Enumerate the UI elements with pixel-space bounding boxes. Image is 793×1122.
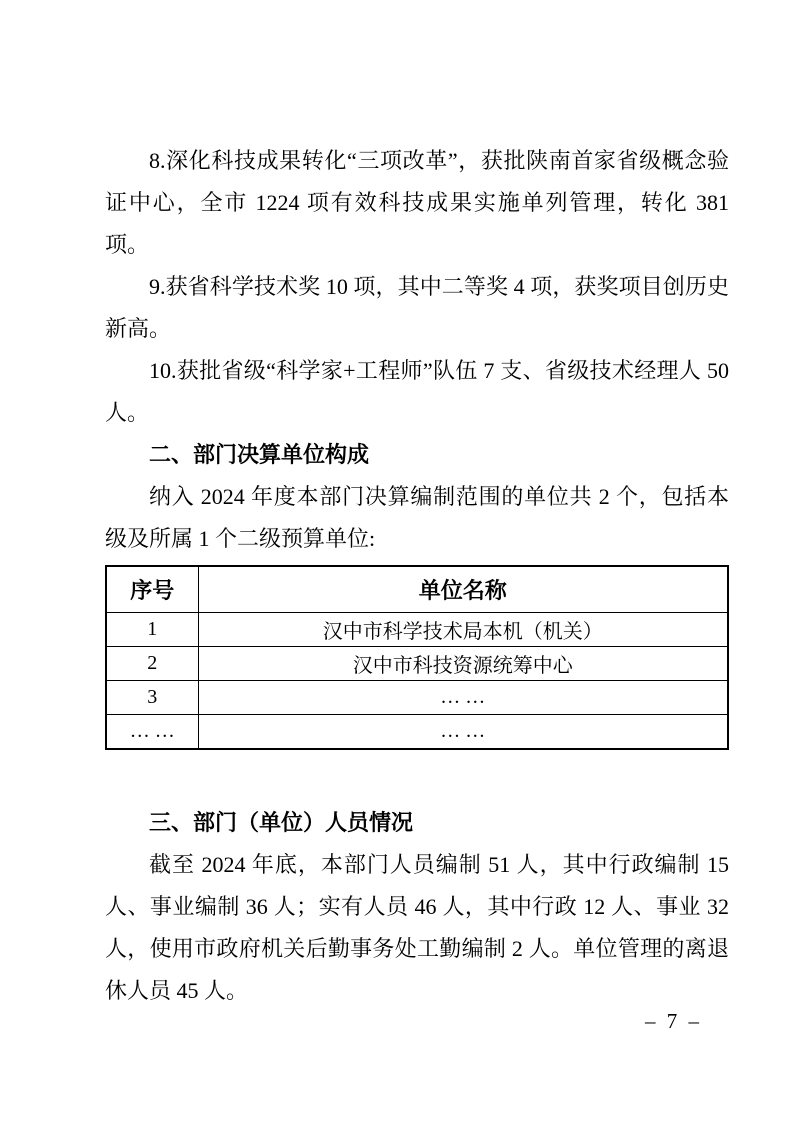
- section-heading-2: 二、部门决算单位构成: [105, 434, 729, 476]
- table-row: 2 汉中市科技资源统筹中心: [106, 647, 728, 681]
- table-cell-index: 3: [106, 681, 198, 715]
- budget-units-table: 序号 单位名称 1 汉中市科学技术局本机（机关） 2 汉中市科技资源统筹中心 3…: [105, 565, 729, 750]
- document-page: 8.深化科技成果转化“三项改革”，获批陕南首家省级概念验证中心，全市 1224 …: [0, 0, 793, 1122]
- table-row: … … … …: [106, 715, 728, 750]
- page-number: – 7 –: [645, 1008, 702, 1034]
- section-heading-3: 三、部门（单位）人员情况: [105, 802, 729, 844]
- table-header-index: 序号: [106, 566, 198, 613]
- table-row: 1 汉中市科学技术局本机（机关）: [106, 613, 728, 647]
- paragraph-item-8: 8.深化科技成果转化“三项改革”，获批陕南首家省级概念验证中心，全市 1224 …: [105, 140, 729, 266]
- table-cell-unit-name: 汉中市科学技术局本机（机关）: [198, 613, 728, 647]
- section2-intro-paragraph: 纳入 2024 年度本部门决算编制范围的单位共 2 个，包括本级及所属 1 个二…: [105, 476, 729, 560]
- paragraph-item-9: 9.获省科学技术奖 10 项，其中二等奖 4 项，获奖项目创历史新高。: [105, 266, 729, 350]
- section3-body-paragraph: 截至 2024 年底，本部门人员编制 51 人，其中行政编制 15 人、事业编制…: [105, 844, 729, 1012]
- table-cell-index: 1: [106, 613, 198, 647]
- table-cell-unit-name: 汉中市科技资源统筹中心: [198, 647, 728, 681]
- document-content: 8.深化科技成果转化“三项改革”，获批陕南首家省级概念验证中心，全市 1224 …: [105, 140, 729, 1012]
- table-cell-index: … …: [106, 715, 198, 750]
- table-cell-unit-name: … …: [198, 681, 728, 715]
- table-row: 3 … …: [106, 681, 728, 715]
- table-header-row: 序号 单位名称: [106, 566, 728, 613]
- table-cell-index: 2: [106, 647, 198, 681]
- paragraph-item-10: 10.获批省级“科学家+工程师”队伍 7 支、省级技术经理人 50 人。: [105, 350, 729, 434]
- table-header-unit-name: 单位名称: [198, 566, 728, 613]
- table-cell-unit-name: … …: [198, 715, 728, 750]
